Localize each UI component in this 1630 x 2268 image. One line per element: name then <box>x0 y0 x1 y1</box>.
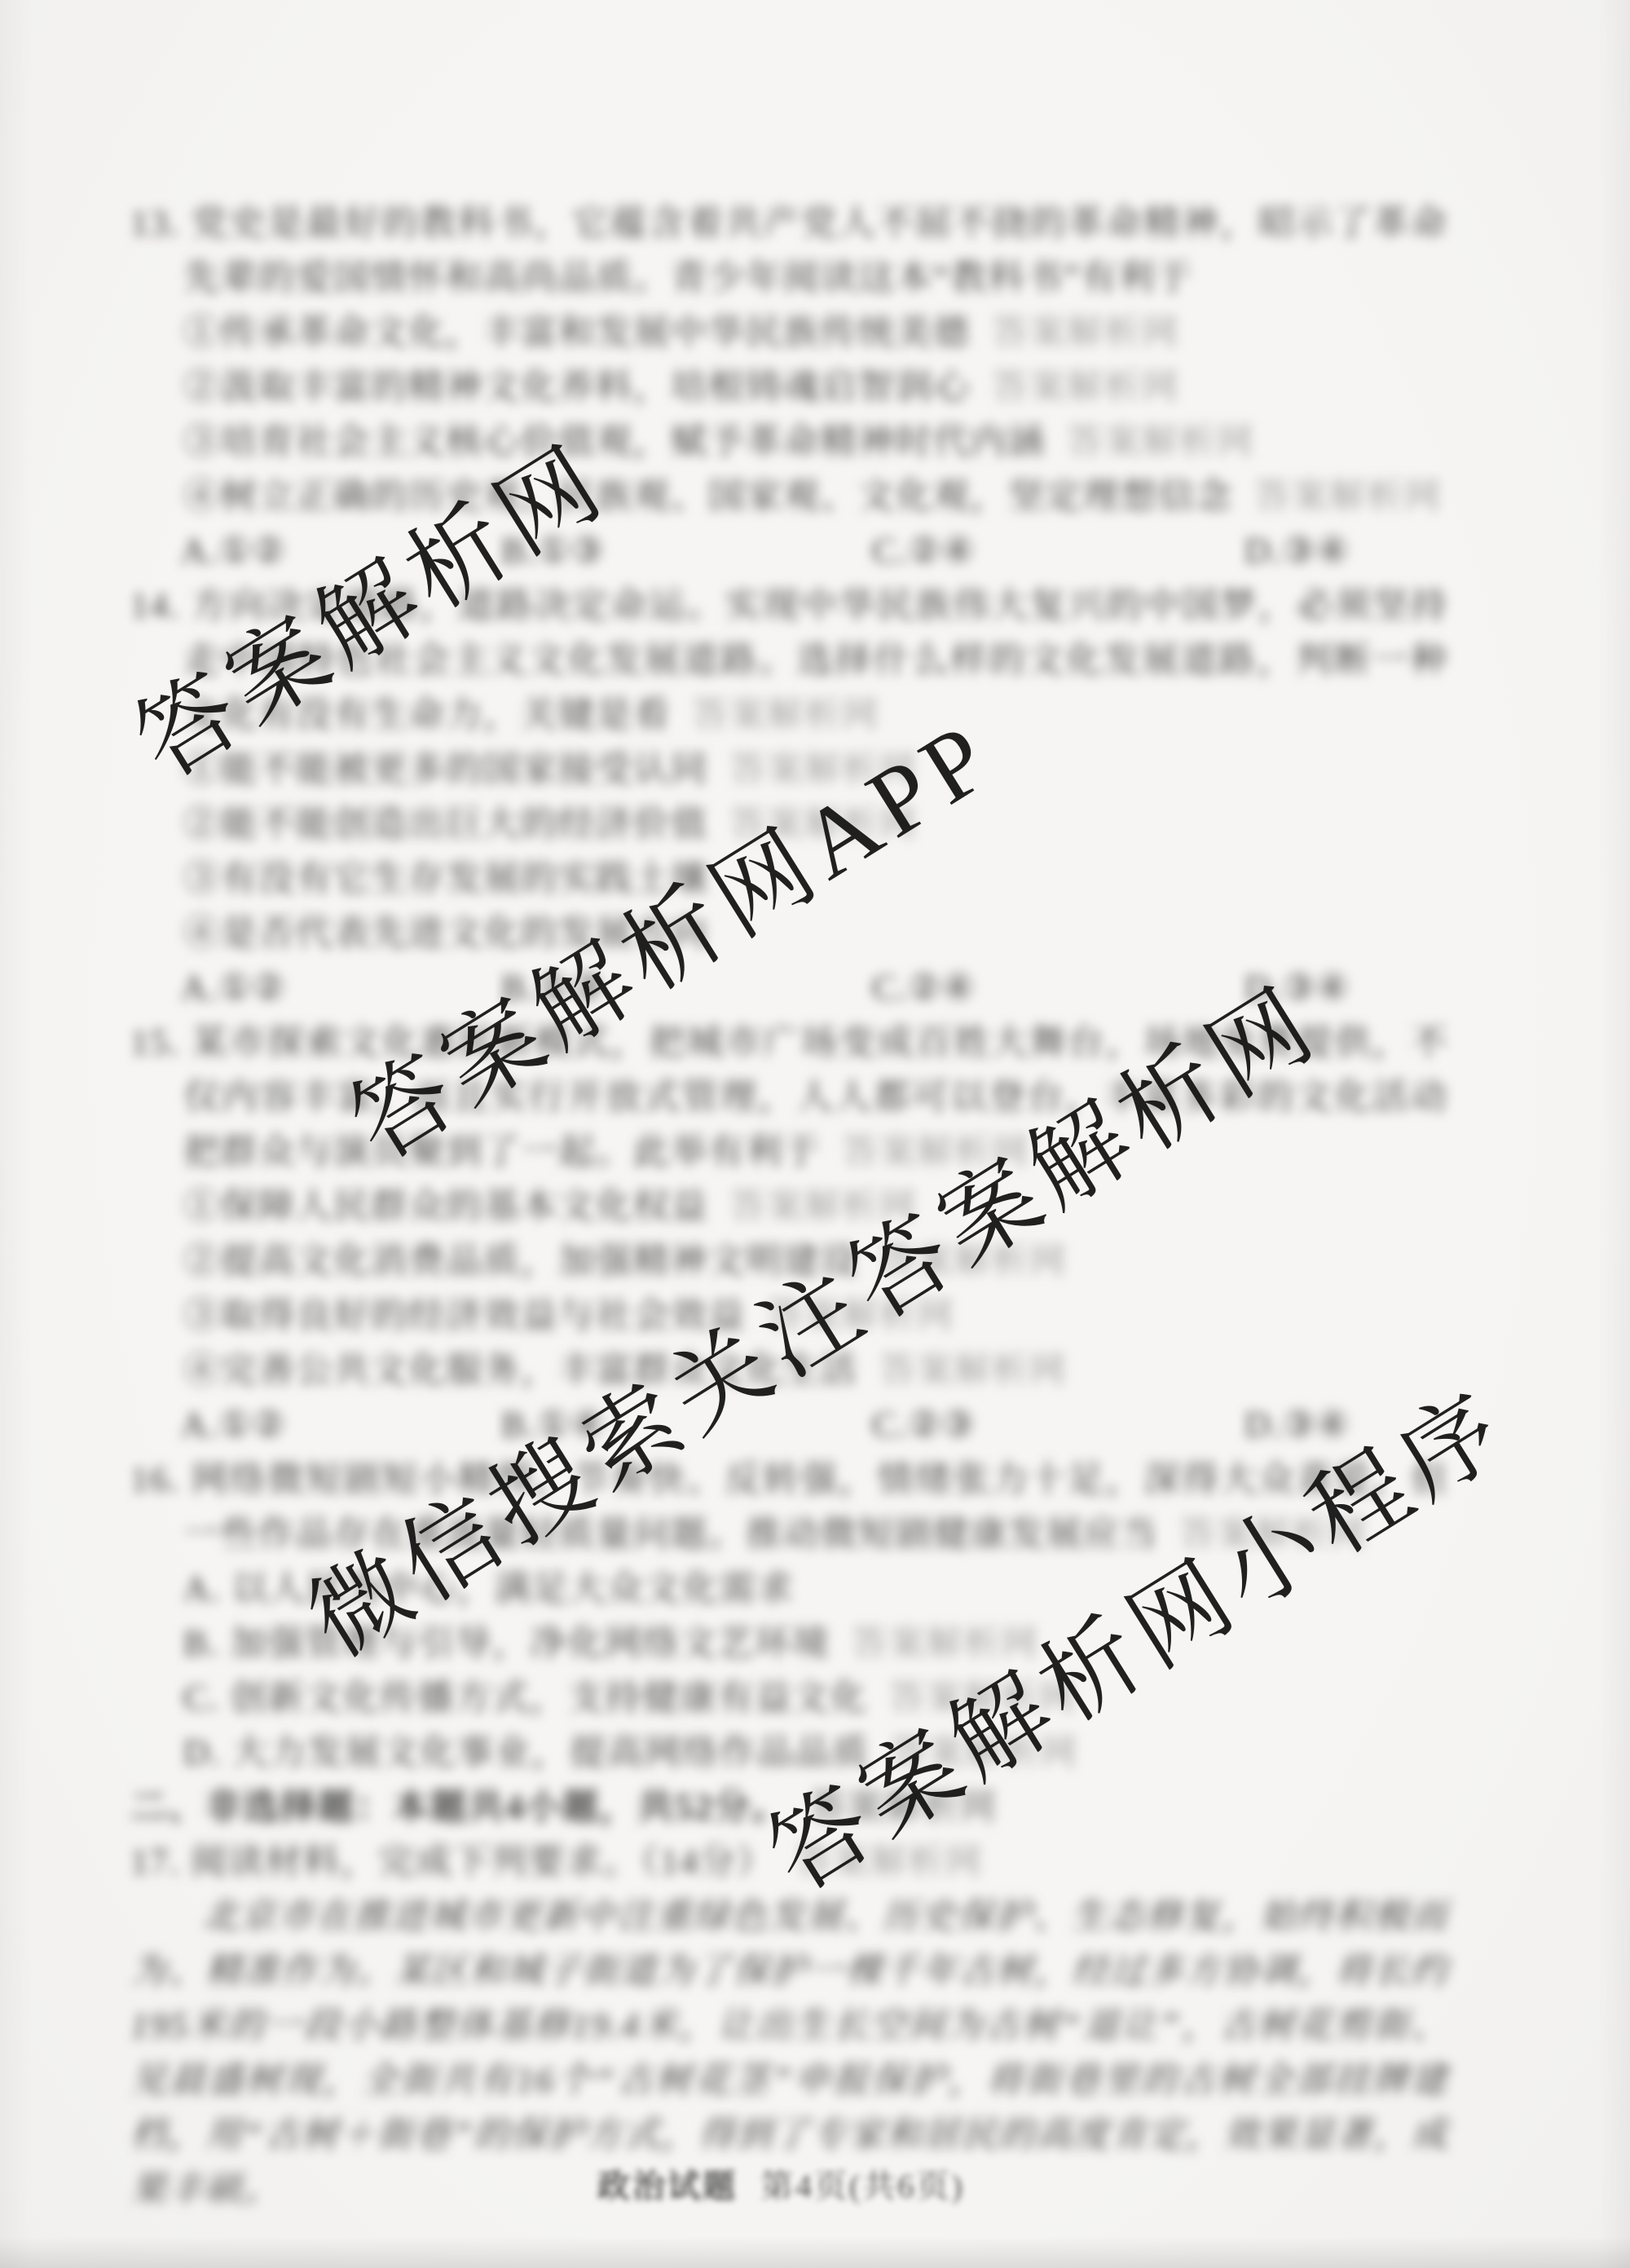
section-two-header: 二、非选择题：本题共4小题，共52分。答案解析网 <box>130 1780 1448 1834</box>
question-option: ①传承革命文化，丰富和发展中华民族传统美德答案解析网 <box>130 305 1448 360</box>
answer-choices-row: A.①②B.①③C.②④D.③④ <box>130 523 1448 578</box>
question-17-header: 17. 阅读材料，完成下列要求。（14分）答案解析网 <box>130 1834 1448 1889</box>
questions-area: 13. 党史是最好的教科书，它蕴含着共产党人不屈不挠的革命精神，昭示了革命先辈的… <box>130 196 1448 2217</box>
inline-watermark: 答案解析网 <box>692 695 879 735</box>
inline-watermark: 答案解析网 <box>891 1732 1078 1772</box>
inline-watermark: 答案解析网 <box>767 1295 954 1335</box>
inline-watermark: 答案解析网 <box>992 312 1179 352</box>
answer-choices-row: A.①②B.①④C.②③D.③④ <box>130 1397 1448 1452</box>
question-option: ④树立正确的历史观、民族观、国家观、文化观，坚定理想信念答案解析网 <box>130 469 1448 523</box>
answer-choice: C.②④ <box>872 523 976 578</box>
inline-watermark: 答案解析网 <box>1179 1514 1367 1554</box>
answer-choice: C.②④ <box>872 960 976 1015</box>
inline-watermark: 答案解析网 <box>1254 476 1442 516</box>
inline-watermark: 答案解析网 <box>729 749 917 789</box>
answer-choice: A.①② <box>181 1397 287 1452</box>
inline-watermark: 答案解析网 <box>729 1186 917 1226</box>
footer-subject: 政治试题 <box>597 2168 738 2204</box>
answer-choice: D.③④ <box>1245 1397 1350 1452</box>
question-stem: 14. 方向决定道路，道路决定命运。实现中华民族伟大复兴的中国梦，必须坚持走中国… <box>130 578 1448 742</box>
answer-choices-row: A.①②B.①③C.②④D.③④ <box>130 960 1448 1015</box>
inline-watermark: 答案解析网 <box>879 1241 1067 1281</box>
question-option: ③有没有它生存发展的实践土壤 <box>130 851 1448 906</box>
document-text-layer: 13. 党史是最好的教科书，它蕴含着共产党人不屈不挠的革命精神，昭示了革命先辈的… <box>0 0 1630 2268</box>
answer-choice: D.③④ <box>1245 960 1350 1015</box>
inline-watermark: 答案解析网 <box>1067 421 1254 461</box>
question-stem: 13. 党史是最好的教科书，它蕴含着共产党人不屈不挠的革命精神，昭示了革命先辈的… <box>130 196 1448 305</box>
question-option: ③培育社会主义核心价值观，赋予革命精神时代内涵答案解析网 <box>130 414 1448 469</box>
inline-watermark: 答案解析网 <box>888 1678 1076 1718</box>
question-option: ③取得良好的经济效益与社会效益答案解析网 <box>130 1288 1448 1343</box>
inline-watermark: 答案解析网 <box>729 804 917 844</box>
question-option: ④完善公共文化服务，丰富群众文化生活答案解析网 <box>130 1343 1448 1397</box>
question-option: ②能不能创造出巨大的经济价值答案解析网 <box>130 796 1448 851</box>
inline-watermark: 答案解析网 <box>879 1350 1067 1390</box>
question-stem: 15. 某市探索文化惠民新模式，把城市广场变成百姓大舞台，场地免费提供，不仅内容… <box>130 1015 1448 1179</box>
exam-page: 13. 党史是最好的教科书，它蕴含着共产党人不屈不挠的革命精神，昭示了革命先辈的… <box>0 0 1630 2268</box>
question-option: B. 加强管理与引导，净化网络文艺环境答案解析网 <box>130 1616 1448 1670</box>
question-stem: 16. 网络微短剧短小精悍，节奏快、反转强，情绪张力十足，深得大众喜爱，但一些作… <box>130 1452 1448 1561</box>
answer-choice: A.①② <box>181 960 287 1015</box>
question-option: ②汲取丰富的精神文化养料，培根铸魂启智润心答案解析网 <box>130 360 1448 414</box>
question-option: A. 以人民为中心，满足大众文化需求 <box>130 1561 1448 1616</box>
question-option: ①能不能被更多的国家接受认同答案解析网 <box>130 742 1448 796</box>
answer-choice: B.①④ <box>501 1397 605 1452</box>
question-option: ②提高文化消费品质，加强精神文明建设答案解析网 <box>130 1233 1448 1288</box>
question-option: C. 创新文化传播方式，支持健康有益文化答案解析网 <box>130 1670 1448 1725</box>
answer-choice: D.③④ <box>1245 523 1350 578</box>
page-footer: 政治试题第4页(共6页) <box>597 2160 965 2207</box>
answer-choice: B.①③ <box>501 523 605 578</box>
inline-watermark: 答案解析网 <box>810 1787 998 1827</box>
answer-choice: A.①② <box>181 523 287 578</box>
inline-watermark: 答案解析网 <box>795 1842 983 1882</box>
question-option: ④是否代表先进文化的发展方向 <box>130 906 1448 960</box>
inline-watermark: 答案解析网 <box>842 1132 1029 1172</box>
question-option: ①保障人民群众的基本文化权益答案解析网 <box>130 1179 1448 1233</box>
answer-choice: C.②③ <box>872 1397 976 1452</box>
inline-watermark: 答案解析网 <box>851 1623 1038 1663</box>
inline-watermark: 答案解析网 <box>992 367 1179 407</box>
answer-choice: B.①③ <box>501 960 605 1015</box>
question-option: D. 大力发展文化事业，提高网络作品品质答案解析网 <box>130 1725 1448 1780</box>
footer-page-number: 第4页(共6页) <box>760 2168 965 2204</box>
